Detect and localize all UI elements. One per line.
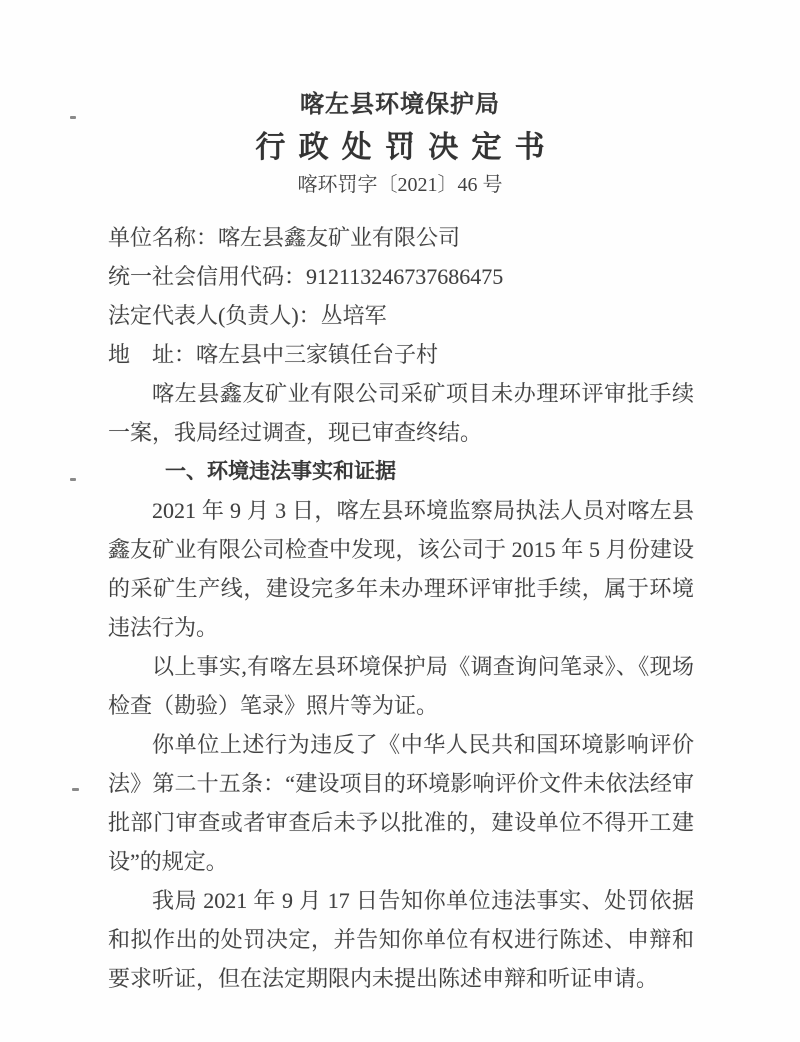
scan-artifact-mark [70, 116, 76, 119]
section-heading-facts-evidence: 一、环境违法事实和证据 [108, 452, 694, 491]
field-unit-name: 单位名称：喀左县鑫友矿业有限公司 [108, 218, 694, 257]
paragraph-legal-basis: 你单位上述行为违反了《中华人民共和国环境影响评价法》第二十五条：“建设项目的环境… [108, 725, 694, 881]
document-body: 单位名称：喀左县鑫友矿业有限公司 统一社会信用代码：91211324673768… [108, 218, 694, 998]
scan-artifact-mark [72, 788, 79, 791]
document-header: 喀左县环境保护局 行政处罚决定书 喀环罚字〔2021〕46 号 [0, 0, 800, 198]
field-label: 统一社会信用代码： [108, 264, 306, 289]
document-page: 喀左县环境保护局 行政处罚决定书 喀环罚字〔2021〕46 号 单位名称：喀左县… [0, 0, 800, 1042]
field-label: 地 址： [108, 342, 196, 367]
field-address: 地 址：喀左县中三家镇任台子村 [108, 335, 694, 374]
field-value: 喀左县鑫友矿业有限公司 [218, 225, 460, 250]
paragraph-notification: 我局 2021 年 9 月 17 日告知你单位违法事实、处罚依据和拟作出的处罚决… [108, 881, 694, 998]
agency-name: 喀左县环境保护局 [0, 90, 800, 120]
field-label: 单位名称： [108, 225, 218, 250]
field-value: 丛培军 [321, 303, 387, 328]
paragraph-case-intro: 喀左县鑫友矿业有限公司采矿项目未办理环评审批手续一案，我局经过调查，现已审查终结… [108, 374, 694, 452]
field-credit-code: 统一社会信用代码：912113246737686475 [108, 257, 694, 296]
field-legal-representative: 法定代表人(负责人)：丛培军 [108, 296, 694, 335]
scan-artifact-mark [70, 478, 76, 481]
field-value: 喀左县中三家镇任台子村 [196, 342, 438, 367]
document-number: 喀环罚字〔2021〕46 号 [0, 172, 800, 198]
paragraph-facts: 2021 年 9 月 3 日，喀左县环境监察局执法人员对喀左县鑫友矿业有限公司检… [108, 491, 694, 647]
field-label: 法定代表人(负责人)： [108, 303, 321, 328]
paragraph-evidence: 以上事实,有喀左县环境保护局《调查询问笔录》、《现场检查（勘验）笔录》照片等为证… [108, 647, 694, 725]
field-value: 912113246737686475 [306, 264, 503, 289]
document-title: 行政处罚决定书 [0, 129, 800, 167]
